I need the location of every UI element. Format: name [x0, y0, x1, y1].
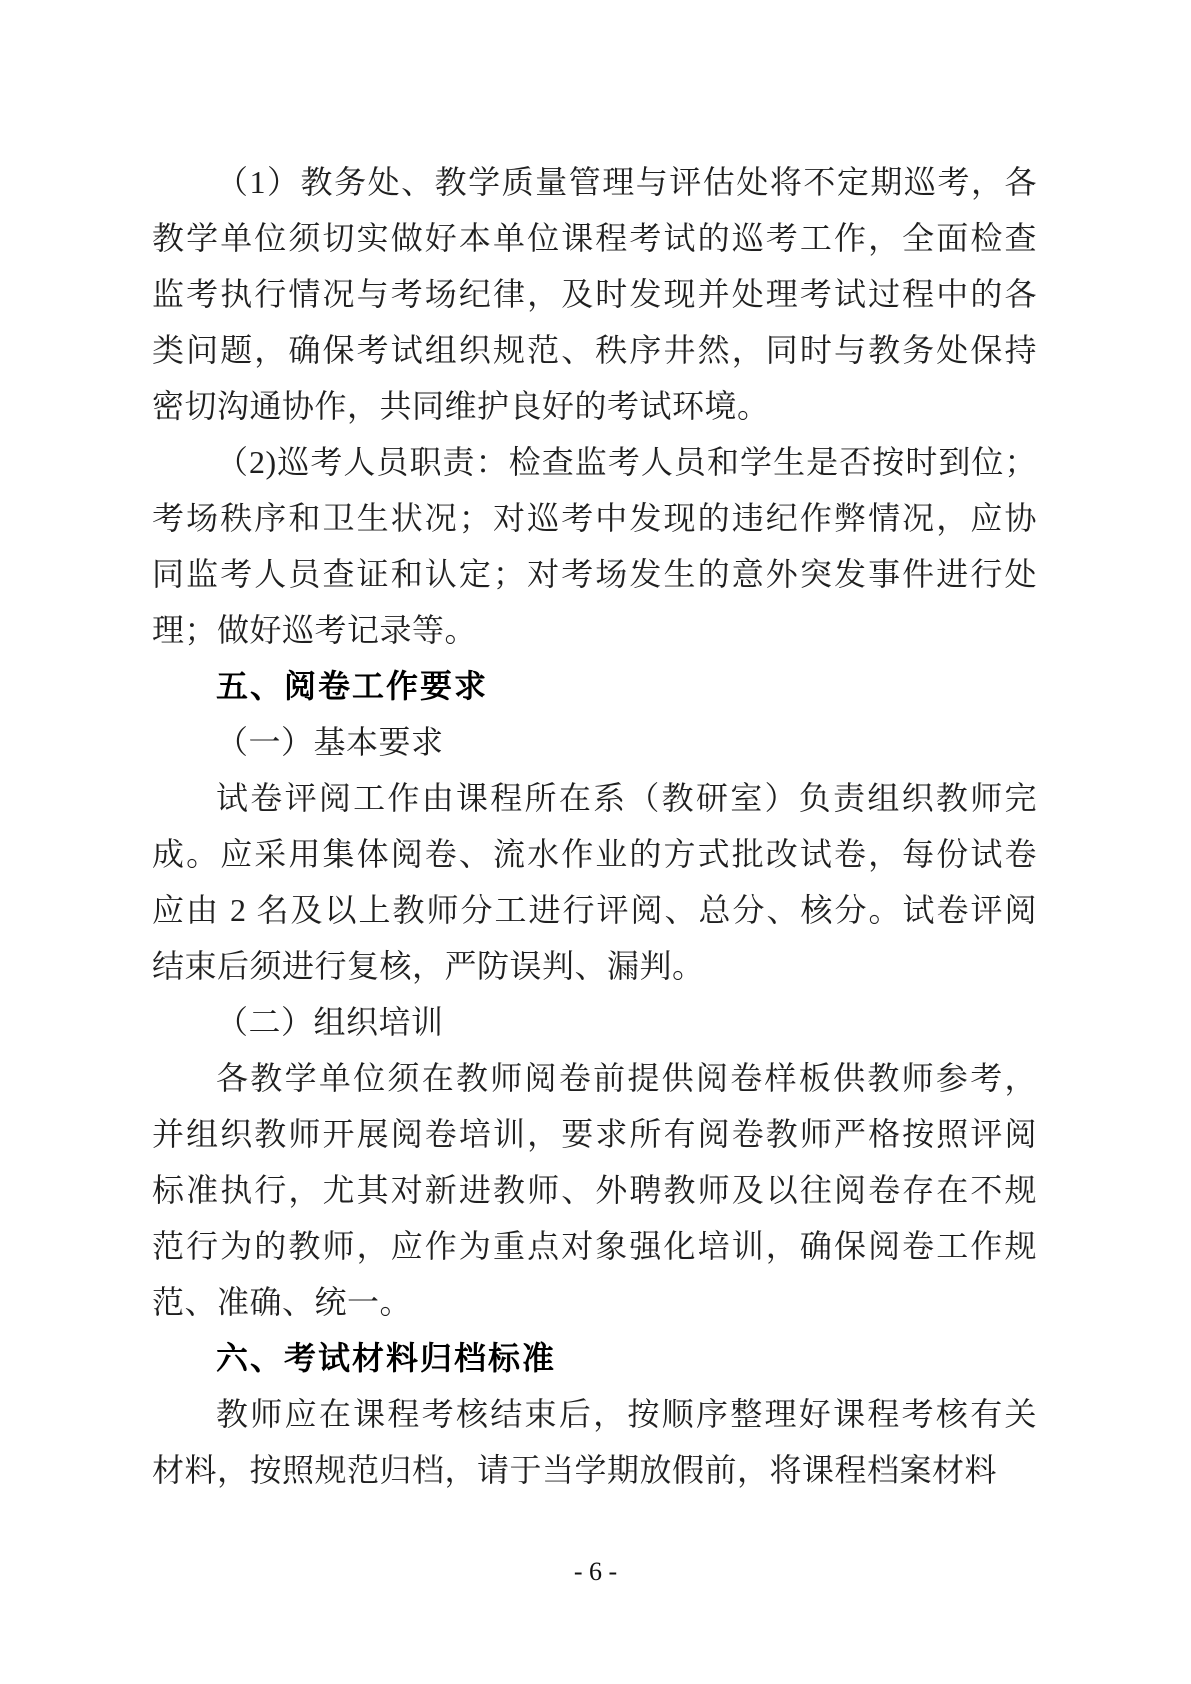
paragraph: 教师应在课程考核结束后，按顺序整理好课程考核有关材料，按照规范归档，请于当学期放…: [152, 1386, 1037, 1498]
text-line: 理；做好巡考记录等。: [152, 602, 1037, 658]
document-body: （1）教务处、教学质量管理与评估处将不定期巡考，各教学单位须切实做好本单位课程考…: [152, 154, 1037, 1498]
document-page: （1）教务处、教学质量管理与评估处将不定期巡考，各教学单位须切实做好本单位课程考…: [0, 0, 1191, 1684]
text-line: 密切沟通协作，共同维护良好的考试环境。: [152, 378, 1037, 434]
paragraph: 各教学单位须在教师阅卷前提供阅卷样板供教师参考，并组织教师开展阅卷培训，要求所有…: [152, 1050, 1037, 1330]
text-line: 监考执行情况与考场纪律，及时发现并处理考试过程中的各: [152, 266, 1037, 322]
text-line: 范行为的教师，应作为重点对象强化培训，确保阅卷工作规: [152, 1218, 1037, 1274]
paragraph: （二）组织培训: [152, 994, 1037, 1050]
text-line: （1）教务处、教学质量管理与评估处将不定期巡考，各: [152, 154, 1037, 210]
text-line: 材料，按照规范归档，请于当学期放假前，将课程档案材料: [152, 1442, 1037, 1498]
text-line: （一）基本要求: [152, 714, 1037, 770]
text-line: 标准执行，尤其对新进教师、外聘教师及以往阅卷存在不规: [152, 1162, 1037, 1218]
text-line: 结束后须进行复核，严防误判、漏判。: [152, 938, 1037, 994]
text-line: 考场秩序和卫生状况；对巡考中发现的违纪作弊情况，应协: [152, 490, 1037, 546]
text-line: （二）组织培训: [152, 994, 1037, 1050]
text-line: 成。应采用集体阅卷、流水作业的方式批改试卷，每份试卷: [152, 826, 1037, 882]
text-line: 类问题，确保考试组织规范、秩序井然，同时与教务处保持: [152, 322, 1037, 378]
section-heading: 五、阅卷工作要求: [152, 658, 1037, 714]
text-line: 试卷评阅工作由课程所在系（教研室）负责组织教师完: [152, 770, 1037, 826]
text-line: 同监考人员查证和认定；对考场发生的意外突发事件进行处: [152, 546, 1037, 602]
text-line: 教师应在课程考核结束后，按顺序整理好课程考核有关: [152, 1386, 1037, 1442]
paragraph: （2)巡考人员职责：检查监考人员和学生是否按时到位；考场秩序和卫生状况；对巡考中…: [152, 434, 1037, 658]
heading-line: 六、考试材料归档标准: [152, 1330, 1037, 1386]
page-number: - 6 -: [0, 1552, 1191, 1592]
text-line: 应由 2 名及以上教师分工进行评阅、总分、核分。试卷评阅: [152, 882, 1037, 938]
text-line: 各教学单位须在教师阅卷前提供阅卷样板供教师参考，: [152, 1050, 1037, 1106]
section-heading: 六、考试材料归档标准: [152, 1330, 1037, 1386]
text-line: 教学单位须切实做好本单位课程考试的巡考工作，全面检查: [152, 210, 1037, 266]
text-line: 范、准确、统一。: [152, 1274, 1037, 1330]
text-line: （2)巡考人员职责：检查监考人员和学生是否按时到位；: [152, 434, 1037, 490]
text-line: 并组织教师开展阅卷培训，要求所有阅卷教师严格按照评阅: [152, 1106, 1037, 1162]
heading-line: 五、阅卷工作要求: [152, 658, 1037, 714]
paragraph: （一）基本要求: [152, 714, 1037, 770]
paragraph: 试卷评阅工作由课程所在系（教研室）负责组织教师完成。应采用集体阅卷、流水作业的方…: [152, 770, 1037, 994]
paragraph: （1）教务处、教学质量管理与评估处将不定期巡考，各教学单位须切实做好本单位课程考…: [152, 154, 1037, 434]
